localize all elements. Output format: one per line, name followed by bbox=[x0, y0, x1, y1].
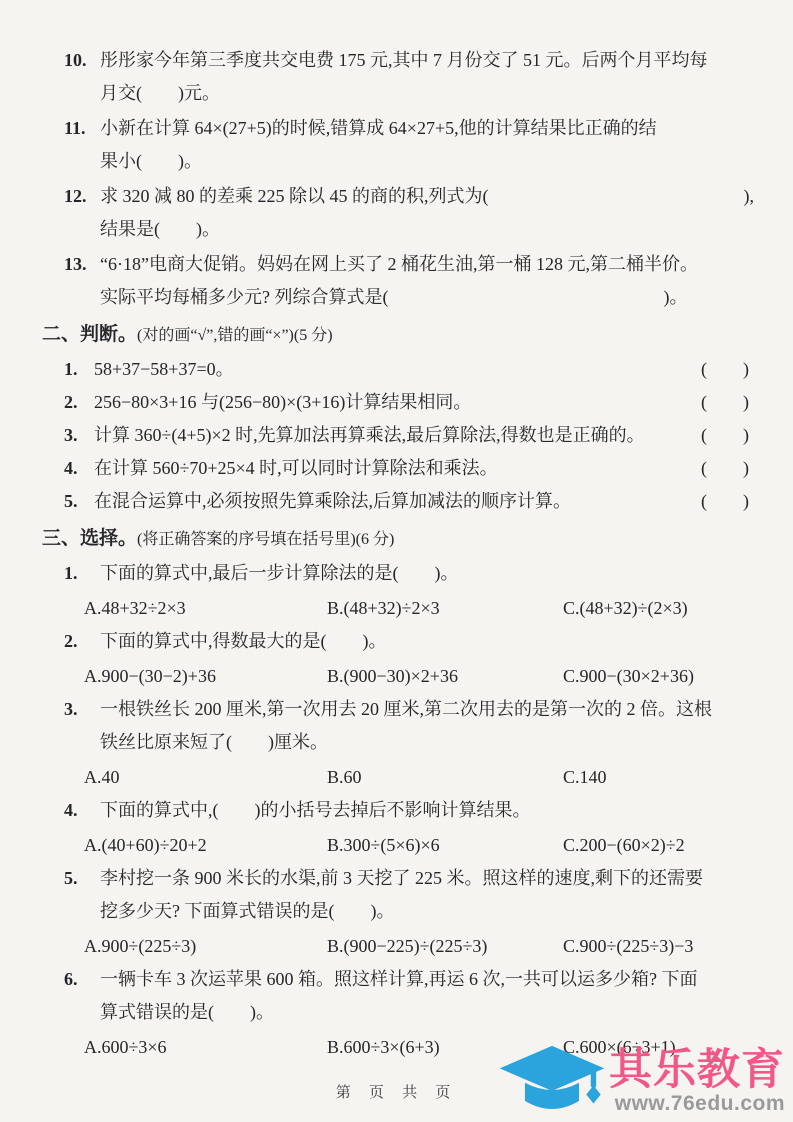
question-line: 李村挖一条 900 米长的水渠,前 3 天挖了 225 米。照这样的速度,剩下的… bbox=[100, 862, 793, 895]
option-a: A.600÷3×6 bbox=[84, 1031, 327, 1064]
question-number: 11. bbox=[64, 112, 100, 178]
question-line: “6·18”电商大促销。妈妈在网上买了 2 桶花生油,第一桶 128 元,第二桶… bbox=[100, 248, 793, 281]
question-body: 求 320 减 80 的差乘 225 除以 45 的商的积,列式为(), 结果是… bbox=[100, 180, 793, 246]
section-heading-judge: 二、判断。(对的画“√”,错的画“×”)(5 分) bbox=[0, 318, 793, 351]
judge-text: 在混合运算中,必须按照先算乘除法,后算加减法的顺序计算。 bbox=[94, 485, 701, 518]
choice-options: A.900−(30−2)+36 B.(900−30)×2+36 C.900−(3… bbox=[0, 660, 793, 693]
option-c: C.200−(60×2)÷2 bbox=[563, 829, 793, 862]
question-line: 下面的算式中,最后一步计算除法的是( )。 bbox=[100, 557, 793, 590]
judge-text: 58+37−58+37=0。 bbox=[94, 353, 701, 386]
judge-row-3: 3. 计算 360÷(4+5)×2 时,先算加法再算乘法,最后算除法,得数也是正… bbox=[0, 419, 793, 452]
graduation-cap-icon bbox=[497, 1042, 607, 1120]
option-a: A.900÷(225÷3) bbox=[84, 930, 327, 963]
choice-item-1: 1. 下面的算式中,最后一步计算除法的是( )。 bbox=[0, 557, 793, 590]
judge-row-5: 5. 在混合运算中,必须按照先算乘除法,后算加减法的顺序计算。 ( ) bbox=[0, 485, 793, 518]
question-number: 4. bbox=[64, 452, 94, 485]
option-b: B.(900−30)×2+36 bbox=[327, 660, 563, 693]
option-b: B.(900−225)÷(225÷3) bbox=[327, 930, 563, 963]
choice-item-6: 6. 一辆卡车 3 次运苹果 600 箱。照这样计算,再运 6 次,一共可以运多… bbox=[0, 963, 793, 1029]
section-title: 二、判断。 bbox=[42, 324, 137, 345]
option-b: B.300÷(5×6)×6 bbox=[327, 829, 563, 862]
choice-item-2: 2. 下面的算式中,得数最大的是( )。 bbox=[0, 625, 793, 658]
question-line: 求 320 减 80 的差乘 225 除以 45 的商的积,列式为(), bbox=[100, 180, 793, 213]
option-b: B.(48+32)÷2×3 bbox=[327, 592, 563, 625]
question-item-10: 10. 彤彤家今年第三季度共交电费 175 元,其中 7 月份交了 51 元。后… bbox=[0, 44, 793, 110]
brand-url: www.76edu.com bbox=[615, 1093, 785, 1115]
question-line: 月交( )元。 bbox=[100, 77, 793, 110]
question-line: 下面的算式中,得数最大的是( )。 bbox=[100, 625, 793, 658]
choice-item-5: 5. 李村挖一条 900 米长的水渠,前 3 天挖了 225 米。照这样的速度,… bbox=[0, 862, 793, 928]
exam-paper-page: 10. 彤彤家今年第三季度共交电费 175 元,其中 7 月份交了 51 元。后… bbox=[0, 0, 793, 1122]
option-c: C.140 bbox=[563, 761, 793, 794]
question-line: 果小( )。 bbox=[100, 145, 793, 178]
option-a: A.40 bbox=[84, 761, 327, 794]
option-a: A.48+32÷2×3 bbox=[84, 592, 327, 625]
question-line: 彤彤家今年第三季度共交电费 175 元,其中 7 月份交了 51 元。后两个月平… bbox=[100, 44, 793, 77]
choice-options: A.(40+60)÷20+2 B.300÷(5×6)×6 C.200−(60×2… bbox=[0, 829, 793, 862]
option-c: C.900÷(225÷3)−3 bbox=[563, 930, 793, 963]
question-body: “6·18”电商大促销。妈妈在网上买了 2 桶花生油,第一桶 128 元,第二桶… bbox=[100, 248, 793, 314]
question-number: 2. bbox=[64, 386, 94, 419]
question-line: 实际平均每桶多少元? 列综合算式是()。 bbox=[100, 281, 793, 314]
judge-row-4: 4. 在计算 560÷70+25×4 时,可以同时计算除法和乘法。 ( ) bbox=[0, 452, 793, 485]
question-line: 挖多少天? 下面算式错误的是( )。 bbox=[100, 895, 793, 928]
option-c: C.900−(30×2+36) bbox=[563, 660, 793, 693]
option-b: B.60 bbox=[327, 761, 563, 794]
question-line: 结果是( )。 bbox=[100, 213, 793, 246]
question-text: )。 bbox=[663, 287, 687, 307]
option-a: A.900−(30−2)+36 bbox=[84, 660, 327, 693]
question-text: 求 320 减 80 的差乘 225 除以 45 的商的积,列式为( bbox=[100, 186, 489, 206]
question-body: 小新在计算 64×(27+5)的时候,错算成 64×27+5,他的计算结果比正确… bbox=[100, 112, 793, 178]
question-number: 10. bbox=[64, 44, 100, 110]
question-line: 一根铁丝长 200 厘米,第一次用去 20 厘米,第二次用去的是第一次的 2 倍… bbox=[100, 693, 793, 726]
choice-options: A.900÷(225÷3) B.(900−225)÷(225÷3) C.900÷… bbox=[0, 930, 793, 963]
judge-text: 计算 360÷(4+5)×2 时,先算加法再算乘法,最后算除法,得数也是正确的。 bbox=[94, 419, 701, 452]
brand-logo: 其乐教育 www.76edu.com bbox=[497, 1042, 785, 1120]
option-a: A.(40+60)÷20+2 bbox=[84, 829, 327, 862]
section-note: (对的画“√”,错的画“×”)(5 分) bbox=[137, 327, 333, 344]
answer-bracket: ( ) bbox=[701, 353, 749, 386]
answer-bracket: ( ) bbox=[701, 485, 749, 518]
question-number: 3. bbox=[64, 419, 94, 452]
question-number: 5. bbox=[64, 485, 94, 518]
question-item-13: 13. “6·18”电商大促销。妈妈在网上买了 2 桶花生油,第一桶 128 元… bbox=[0, 248, 793, 314]
judge-row-1: 1. 58+37−58+37=0。 ( ) bbox=[0, 353, 793, 386]
question-line: 下面的算式中,( )的小括号去掉后不影响计算结果。 bbox=[100, 794, 793, 827]
question-text: ), bbox=[744, 186, 755, 206]
option-c: C.(48+32)÷(2×3) bbox=[563, 592, 793, 625]
question-number: 5. bbox=[64, 862, 100, 928]
question-line: 铁丝比原来短了( )厘米。 bbox=[100, 726, 793, 759]
answer-bracket: ( ) bbox=[701, 452, 749, 485]
question-number: 1. bbox=[64, 353, 94, 386]
section-note: (将正确答案的序号填在括号里)(6 分) bbox=[137, 531, 394, 548]
question-item-12: 12. 求 320 减 80 的差乘 225 除以 45 的商的积,列式为(),… bbox=[0, 180, 793, 246]
question-item-11: 11. 小新在计算 64×(27+5)的时候,错算成 64×27+5,他的计算结… bbox=[0, 112, 793, 178]
question-number: 1. bbox=[64, 557, 100, 590]
judge-text: 在计算 560÷70+25×4 时,可以同时计算除法和乘法。 bbox=[94, 452, 701, 485]
question-text: 实际平均每桶多少元? 列综合算式是( bbox=[100, 287, 388, 307]
brand-name: 其乐教育 bbox=[609, 1047, 785, 1093]
question-number: 6. bbox=[64, 963, 100, 1029]
question-number: 12. bbox=[64, 180, 100, 246]
section-heading-choice: 三、选择。(将正确答案的序号填在括号里)(6 分) bbox=[0, 522, 793, 555]
exam-content: 10. 彤彤家今年第三季度共交电费 175 元,其中 7 月份交了 51 元。后… bbox=[0, 44, 793, 1064]
question-body: 彤彤家今年第三季度共交电费 175 元,其中 7 月份交了 51 元。后两个月平… bbox=[100, 44, 793, 110]
question-number: 3. bbox=[64, 693, 100, 759]
answer-bracket: ( ) bbox=[701, 419, 749, 452]
question-number: 4. bbox=[64, 794, 100, 827]
judge-row-2: 2. 256−80×3+16 与(256−80)×(3+16)计算结果相同。 (… bbox=[0, 386, 793, 419]
question-number: 2. bbox=[64, 625, 100, 658]
choice-item-4: 4. 下面的算式中,( )的小括号去掉后不影响计算结果。 bbox=[0, 794, 793, 827]
question-number: 13. bbox=[64, 248, 100, 314]
question-line: 算式错误的是( )。 bbox=[100, 996, 793, 1029]
brand-text-block: 其乐教育 www.76edu.com bbox=[609, 1047, 785, 1115]
section-title: 三、选择。 bbox=[42, 528, 137, 549]
question-line: 一辆卡车 3 次运苹果 600 箱。照这样计算,再运 6 次,一共可以运多少箱?… bbox=[100, 963, 793, 996]
choice-options: A.40 B.60 C.140 bbox=[0, 761, 793, 794]
answer-bracket: ( ) bbox=[701, 386, 749, 419]
question-line: 小新在计算 64×(27+5)的时候,错算成 64×27+5,他的计算结果比正确… bbox=[100, 112, 793, 145]
choice-item-3: 3. 一根铁丝长 200 厘米,第一次用去 20 厘米,第二次用去的是第一次的 … bbox=[0, 693, 793, 759]
judge-text: 256−80×3+16 与(256−80)×(3+16)计算结果相同。 bbox=[94, 386, 701, 419]
choice-options: A.48+32÷2×3 B.(48+32)÷2×3 C.(48+32)÷(2×3… bbox=[0, 592, 793, 625]
